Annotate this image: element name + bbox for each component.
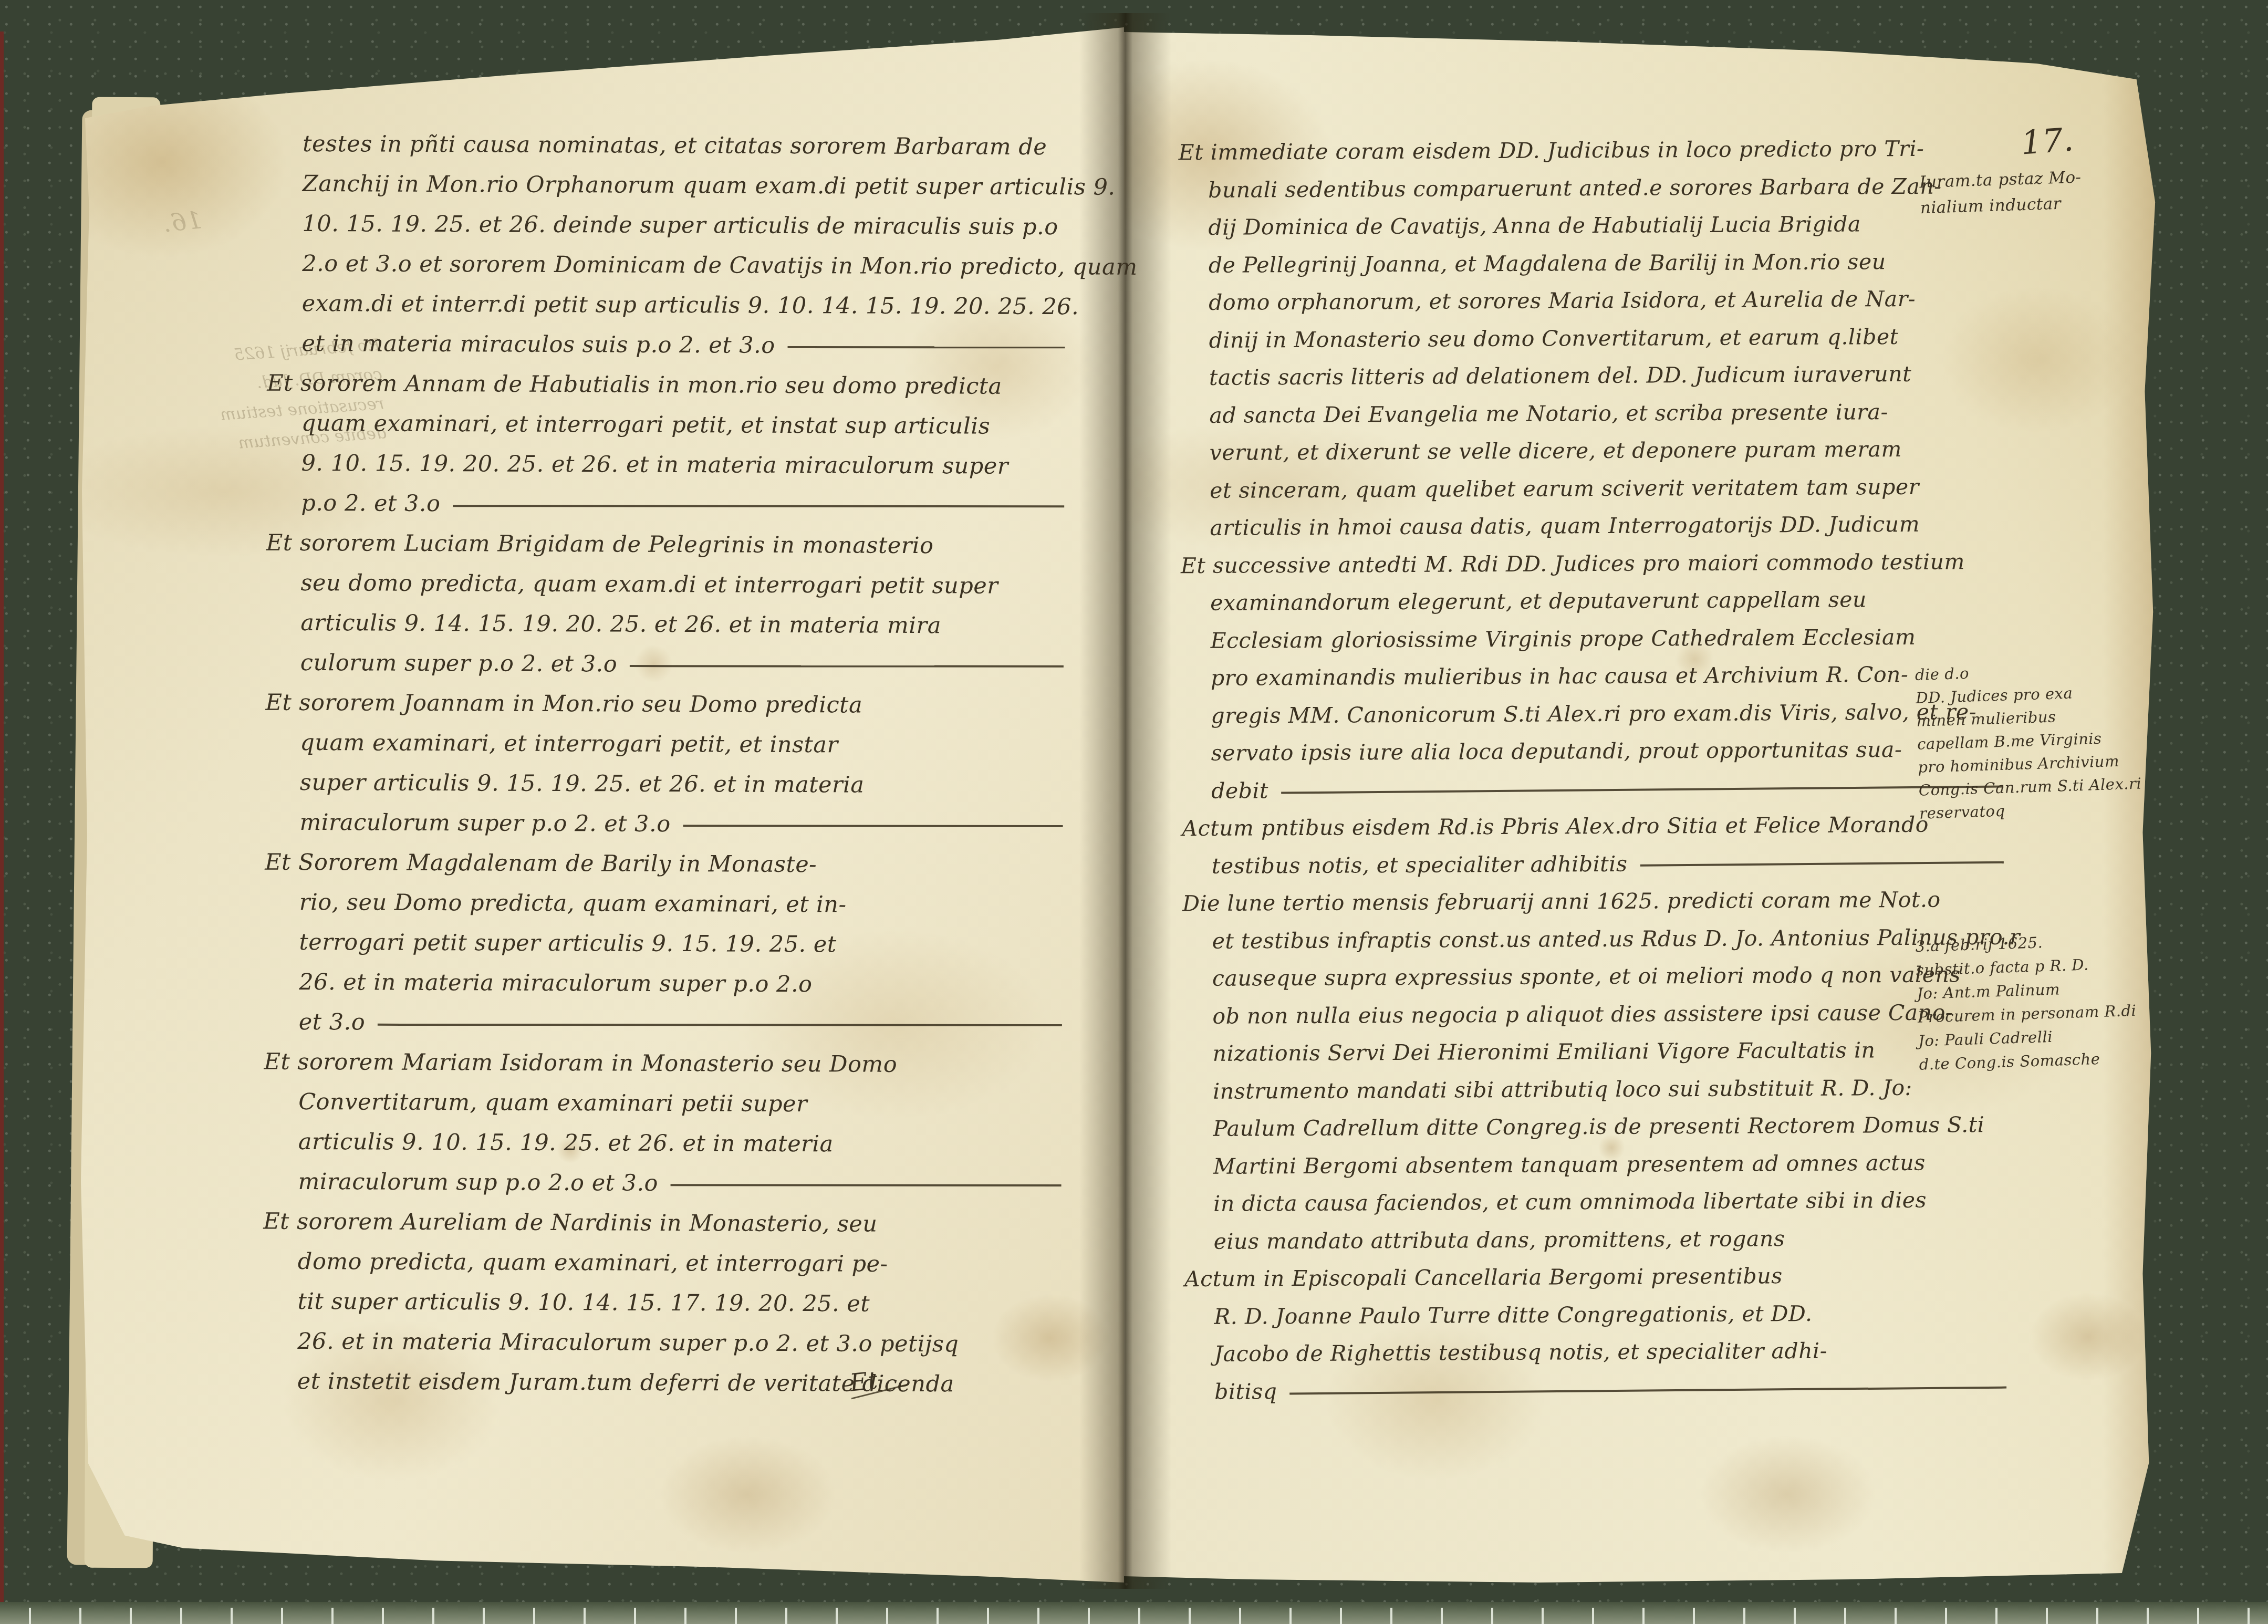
manuscript-line: 26. et in materia Miraculorum super p.o … [263,1328,1074,1372]
manuscript-line-text: quam examinari, et interrogari petit, et… [301,410,990,440]
scale-tick [1390,1608,1392,1624]
manuscript-line: terrogari petit super articulis 9. 15. 1… [264,929,1076,973]
scale-tick [1239,1608,1241,1624]
manuscript-line-text: Cong.is Can.rum S.ti Alex.ri [1918,774,2141,799]
flourish-rule [671,1184,1062,1186]
scale-tick [2096,1608,2098,1624]
manuscript-line-text: p.o 2. et 3.o [301,490,440,517]
manuscript-line-text: Martini Bergomi absentem tanquam present… [1213,1150,1926,1179]
scale-tick [1945,1608,1947,1624]
manuscript-line: Die lune tertio mensis februarij anni 16… [1182,887,2017,929]
scale-tick [2197,1608,2199,1624]
scale-tick [2248,1608,2250,1624]
manuscript-line: 2.o et 3.o et sororem Dominicam de Cavat… [267,251,1079,294]
manuscript-line: exam.di et interr.di petit sup articulis… [267,290,1079,334]
manuscript-line: eius mandato attributa dans, promittens,… [1184,1224,2020,1266]
manuscript-line: et instetit eisdem Juram.tum deferri de … [263,1368,1074,1412]
manuscript-line-text: dij Dominica de Cavatijs, Anna de Habuti… [1208,211,1861,240]
scale-tick [1289,1608,1292,1624]
manuscript-line-text: substit.o facta p R. D. [1916,956,2089,979]
scale-tick [1037,1608,1039,1624]
manuscript-line: testibus notis, et specialiter adhibitis [1182,849,2017,891]
manuscript-line-text: et 3.o [299,1009,366,1036]
catchword: Et [848,1362,909,1398]
manuscript-line-text: quam examinari, et interrogari petit, et… [300,730,838,758]
scale-tick [785,1608,787,1624]
manuscript-line: Et sororem Joannam in Mon.rio seu Domo p… [265,690,1077,733]
manuscript-line-text: Et sororem Aureliam de Nardinis in Monas… [263,1209,878,1237]
manuscript-line: domo orphanorum, et sorores Maria Isidor… [1179,286,2014,328]
scale-tick [29,1608,31,1624]
manuscript-line-text: domo predicta, quam examinari, et interr… [298,1248,888,1277]
manuscript-line-text: 10. 15. 19. 25. et 26. deinde super arti… [302,211,1058,240]
manuscript-line-text: ob non nulla eius negocia p aliquot dies… [1212,1000,1953,1028]
manuscript-line-text: Et sororem Luciam Brigidam de Pelegrinis… [266,530,934,559]
scale-tick [331,1608,334,1624]
scale-tick [1340,1608,1342,1624]
manuscript-line-text: Paulum Cadrellum ditte Congreg.is de pre… [1213,1112,1984,1141]
scale-tick [130,1608,132,1624]
flourish-rule [453,505,1064,507]
scale-tick [1592,1608,1594,1624]
manuscript-line: Actum pntibus eisdem Rd.is Pbris Alex.dr… [1182,811,2017,853]
scale-tick [634,1608,636,1624]
scale-tick [2147,1608,2149,1624]
scale-tick [231,1608,233,1624]
scale-tick [1138,1608,1140,1624]
manuscript-line-text: articulis 9. 14. 15. 19. 20. 25. et 26. … [300,610,941,639]
manuscript-line-text: bitisq [1214,1379,1277,1404]
manuscript-line: articulis 9. 10. 15. 19. 25. et 26. et i… [264,1129,1075,1172]
scale-tick [2046,1608,2048,1624]
margin-note-iuramenta: Iuram.ta pstaz Mo-nialium inductar [1919,161,2194,221]
manuscript-line: articulis 9. 14. 15. 19. 20. 25. et 26. … [266,610,1077,653]
manuscript-line-text: Et immediate coram eisdem DD. Judicibus … [1179,136,1924,165]
manuscript-line-text: DD. Judices pro exa [1916,684,2073,707]
manuscript-line-text: instrumento mandati sibi attributiq loco… [1213,1075,1912,1104]
scale-tick [180,1608,182,1624]
flourish-rule [788,346,1065,348]
manuscript-line: R. D. Joanne Paulo Turre ditte Congregat… [1184,1299,2020,1341]
manuscript-line-text: 3.a feb.rij 1625. [1915,933,2043,955]
manuscript-line: nizationis Servi Dei Hieronimi Emiliani … [1183,1037,2019,1079]
manuscript-line-text: examinandorum elegerunt, et deputaverunt… [1210,587,1867,616]
scale-tick [382,1608,384,1624]
manuscript-line: examinandorum elegerunt, et deputaverunt… [1181,586,2016,628]
scale-tick [1189,1608,1191,1624]
manuscript-line-text: Ecclesiam gloriosissime Virginis prope C… [1211,624,1916,653]
scale-tick [1995,1608,1997,1624]
manuscript-line: bunali sedentibus comparuerunt anted.e s… [1179,173,2014,215]
manuscript-line: quam examinari, et interrogari petit, et… [265,730,1077,773]
flourish-rule [1289,1386,2006,1394]
manuscript-line: debit [1182,774,2017,816]
measuring-scale [0,1602,2268,1624]
scale-tick [1088,1608,1090,1624]
manuscript-line-text: de Pellegrinij Joanna, et Magdalena de B… [1209,249,1886,278]
manuscript-line-text: Die lune tertio mensis februarij anni 16… [1182,887,1941,917]
manuscript-line: Et sororem Aureliam de Nardinis in Monas… [263,1209,1075,1252]
manuscript-line-text: Et sororem Mariam Isidoram in Monasterio… [264,1049,897,1078]
manuscript-line: domo predicta, quam examinari, et interr… [263,1248,1075,1292]
scale-tick [79,1608,81,1624]
manuscript-line-text: 9. 10. 15. 19. 20. 25. et 26. et in mate… [301,450,1008,480]
manuscript-line-text: pro examinandis mulieribus in hac causa … [1211,662,1909,691]
manuscript-line: Ecclesiam gloriosissime Virginis prope C… [1181,623,2016,665]
manuscript-line-text: Et Sororem Magdalenam de Barily in Monas… [265,849,817,878]
flourish-rule [1281,785,2003,794]
manuscript-line: verunt, et dixerunt se velle dicere, et … [1180,436,2015,478]
manuscript-line: Et sororem Luciam Brigidam de Pelegrinis… [266,530,1078,574]
flourish-rule [683,825,1063,827]
manuscript-line: quam examinari, et interrogari petit, et… [267,410,1078,454]
manuscript-line: et testibus infraptis const.us anted.us … [1183,924,2018,966]
manuscript-line-text: et in materia miraculos suis p.o 2. et 3… [301,330,775,359]
folio-number: 17. [2020,120,2075,162]
manuscript-line-text: articulis in hmoi causa datis, quam Inte… [1210,512,1920,540]
manuscript-line-text: domo orphanorum, et sorores Maria Isidor… [1209,286,1916,315]
manuscript-line-text: Jo: Ant.m Palinum [1917,980,2061,1003]
scale-tick [1441,1608,1443,1624]
manuscript-line: et 3.o [264,1009,1076,1053]
left-page-text: testes in pñti causa nominatas, et citat… [263,131,1080,1412]
scale-tick [735,1608,737,1624]
scale-tick [1693,1608,1695,1624]
manuscript-line-text: causeque supra expressius sponte, et oi … [1212,962,1961,991]
flourish-rule [1640,861,2003,866]
manuscript-line-text: Procurem in personam R.di [1917,1002,2137,1026]
manuscript-line: bitisq [1185,1375,2020,1417]
scale-tick [1491,1608,1493,1624]
manuscript-line: tactis sacris litteris ad delationem del… [1180,361,2015,403]
manuscript-line-text: super articulis 9. 15. 19. 25. et 26. et… [300,769,865,798]
manuscript-line-text: d.te Cong.is Somasche [1919,1050,2100,1074]
manuscript-line: instrumento mandati sibi attributiq loco… [1183,1074,2019,1116]
manuscript-line-text: Actum pntibus eisdem Rd.is Pbris Alex.dr… [1182,812,1929,841]
scale-tick [584,1608,586,1624]
scale-tick [432,1608,434,1624]
manuscript-line-text: verunt, et dixerunt se velle dicere, et … [1210,436,1902,465]
manuscript-line-text: miraculorum sup p.o 2.o et 3.o [298,1169,658,1196]
manuscript-line: Et Sororem Magdalenam de Barily in Monas… [265,849,1076,893]
manuscript-line-text: gregis MM. Canonicorum S.ti Alex.ri pro … [1211,699,1976,728]
manuscript-line-text: 2.o et 3.o et sororem Dominicam de Cavat… [302,251,1137,280]
manuscript-line: dinij in Monasterio seu domo Convertitar… [1180,323,2015,365]
scale-tick [1794,1608,1796,1624]
manuscript-line-text: et sinceram, quam quelibet earum sciveri… [1210,474,1919,503]
scale-tick [1895,1608,1897,1624]
manuscript-line-text: miraculorum super p.o 2. et 3.o [299,809,670,837]
scale-tick [1642,1608,1645,1624]
scale-tick [836,1608,838,1624]
manuscript-line-text: culorum super p.o 2. et 3.o [300,650,618,678]
manuscript-line-text: Zanchij in Mon.rio Orphanorum quam exam.… [303,171,1116,201]
manuscript-line-text: ad sancta Dei Evangelia me Notario, et s… [1209,399,1888,428]
manuscript-line: 26. et in materia miraculorum super p.o … [264,969,1076,1013]
scan-edge-artifact [0,32,4,1624]
scale-tick [281,1608,283,1624]
manuscript-line: Jacobo de Righettis testibusq notis, et … [1185,1337,2020,1379]
manuscript-line-text: testibus notis, et specialiter adhibitis [1212,851,1628,878]
manuscript-line: gregis MM. Canonicorum S.ti Alex.ri pro … [1181,699,2016,741]
manuscript-line: dij Dominica de Cavatijs, Anna de Habuti… [1179,211,2014,253]
scale-tick [1542,1608,1544,1624]
manuscript-line: Et sororem Annam de Habutialis in mon.ri… [267,370,1078,414]
manuscript-line: Actum in Episcopali Cancellaria Bergomi … [1184,1262,2020,1304]
manuscript-line-text: pro hominibus Archivium [1918,752,2120,776]
manuscript-line-text: Et sororem Joannam in Mon.rio seu Domo p… [265,690,862,719]
manuscript-line-text: seu domo predicta, quam exam.di et inter… [300,570,998,599]
manuscript-line-text: servato ipsis iure alia loca deputandi, … [1211,737,1902,766]
manuscript-line-text: dinij in Monasterio seu domo Convertitar… [1209,324,1899,353]
manuscript-line-text: 26. et in materia Miraculorum super p.o … [297,1328,959,1357]
manuscript-line-text: rio, seu Domo predicta, quam examinari, … [299,889,847,918]
manuscript-line-text: et testibus infraptis const.us anted.us … [1212,924,2021,953]
manuscript-line-text: tactis sacris litteris ad delationem del… [1209,361,1911,390]
manuscript-line: servato ipsis iure alia loca deputandi, … [1182,736,2017,778]
manuscript-line-text: nizationis Servi Dei Hieronimi Emiliani … [1213,1037,1876,1066]
manuscript-line: ob non nulla eius negocia p aliquot dies… [1183,999,2018,1041]
manuscript-line: Convertitarum, quam examinari petii supe… [264,1089,1075,1132]
scale-tick [533,1608,535,1624]
margin-note-deputatio-locorum: die d.oDD. Judices pro examinen mulierib… [1915,655,2182,825]
manuscript-line: Zanchij in Mon.rio Orphanorum quam exam.… [268,171,1079,214]
manuscript-line-text: Jo: Pauli Cadrelli [1918,1028,2053,1050]
manuscript-line: p.o 2. et 3.o [266,490,1078,534]
manuscript-line-text: testes in pñti causa nominatas, et citat… [303,131,1047,160]
manuscript-line-text: terrogari petit super articulis 9. 15. 1… [299,929,836,957]
manuscript-line: Et immediate coram eisdem DD. Judicibus … [1179,136,2014,178]
manuscript-line-text: eius mandato attributa dans, promittens,… [1214,1226,1785,1254]
scale-tick [886,1608,888,1624]
manuscript-line-text: nialium inductar [1920,194,2061,217]
manuscript-line: articulis in hmoi causa datis, quam Inte… [1180,511,2015,553]
manuscript-line-text: Et sororem Annam de Habutialis in mon.ri… [267,370,1002,400]
manuscript-line-text: tit super articulis 9. 10. 14. 15. 17. 1… [297,1288,870,1317]
manuscript-line: Et sororem Mariam Isidoram in Monasterio… [264,1049,1075,1092]
manuscript-line: culorum super p.o 2. et 3.o [266,650,1077,693]
manuscript-line: et in materia miraculos suis p.o 2. et 3… [267,330,1078,374]
manuscript-line-text: reservatoq [1919,802,2005,823]
flourish-rule [378,1024,1062,1026]
scale-tick [684,1608,686,1624]
manuscript-line-text: minen mulieribus [1916,708,2056,730]
manuscript-line: in dicta causa faciendos, et cum omnimod… [1184,1187,2019,1229]
manuscript-line: seu domo predicta, quam exam.di et inter… [266,570,1077,613]
manuscript-line: Paulum Cadrellum ditte Congreg.is de pre… [1183,1112,2019,1154]
manuscript-line: de Pellegrinij Joanna, et Magdalena de B… [1179,248,2014,290]
manuscript-line: rio, seu Domo predicta, quam examinari, … [265,889,1076,933]
scale-tick [987,1608,989,1624]
manuscript-line: testes in pñti causa nominatas, et citat… [268,131,1079,174]
manuscript-line: 9. 10. 15. 19. 20. 25. et 26. et in mate… [266,450,1078,494]
manuscript-line-text: die d.o [1915,664,1969,684]
scale-tick [937,1608,939,1624]
manuscript-line: pro examinandis mulieribus in hac causa … [1181,661,2016,703]
manuscript-line: et sinceram, quam quelibet earum sciveri… [1180,473,2015,515]
manuscript-line-text: bunali sedentibus comparuerunt anted.e s… [1208,173,1942,202]
manuscript-line: tit super articulis 9. 10. 14. 15. 17. 1… [263,1288,1074,1332]
scale-tick [1743,1608,1745,1624]
manuscript-line: ad sancta Dei Evangelia me Notario, et s… [1180,398,2015,440]
manuscript-line-text: 26. et in materia miraculorum super p.o … [299,969,812,997]
manuscript-line-text: Jacobo de Righettis testibusq notis, et … [1214,1338,1827,1367]
manuscript-line-text: debit [1211,778,1268,804]
manuscript-line: super articulis 9. 15. 19. 25. et 26. et… [265,769,1077,813]
manuscript-line-text: capellam B.me Virginis [1917,730,2102,753]
manuscript-line-text: in dicta causa faciendos, et cum omnimod… [1213,1188,1927,1216]
manuscript-line: miraculorum sup p.o 2.o et 3.o [263,1169,1075,1212]
manuscript-line: miraculorum super p.o 2. et 3.o [265,809,1076,853]
manuscript-line-text: R. D. Joanne Paulo Turre ditte Congregat… [1214,1300,1812,1329]
right-page-text: Et immediate coram eisdem DD. Judicibus … [1179,136,2021,1417]
manuscript-line-text: Convertitarum, quam examinari petii supe… [298,1089,807,1117]
manuscript-line: Martini Bergomi absentem tanquam present… [1184,1149,2019,1191]
manuscript-line-text: Actum in Episcopali Cancellaria Bergomi … [1184,1263,1783,1292]
manuscript-line-text: exam.di et interr.di petit sup articulis… [302,290,1079,320]
scale-tick [1844,1608,1846,1624]
manuscript-line-text: Et successive antedti M. Rdi DD. Judices… [1181,549,1965,578]
manuscript-photo: { "scene": { "background_color": "#38423… [0,0,2268,1624]
manuscript-line-text: Iuram.ta pstaz Mo- [1919,168,2082,192]
flourish-rule [630,665,1064,668]
manuscript-line-text: articulis 9. 10. 15. 19. 25. et 26. et i… [298,1129,834,1157]
scale-tick [483,1608,485,1624]
manuscript-line: causeque supra expressius sponte, et oi … [1183,962,2018,1004]
manuscript-line: 10. 15. 19. 25. et 26. deinde super arti… [267,211,1079,254]
margin-note-substitutio: 3.a feb.rij 1625.substit.o facta p R. D.… [1915,926,2182,1077]
manuscript-line: Et successive antedti M. Rdi DD. Judices… [1181,548,2016,590]
